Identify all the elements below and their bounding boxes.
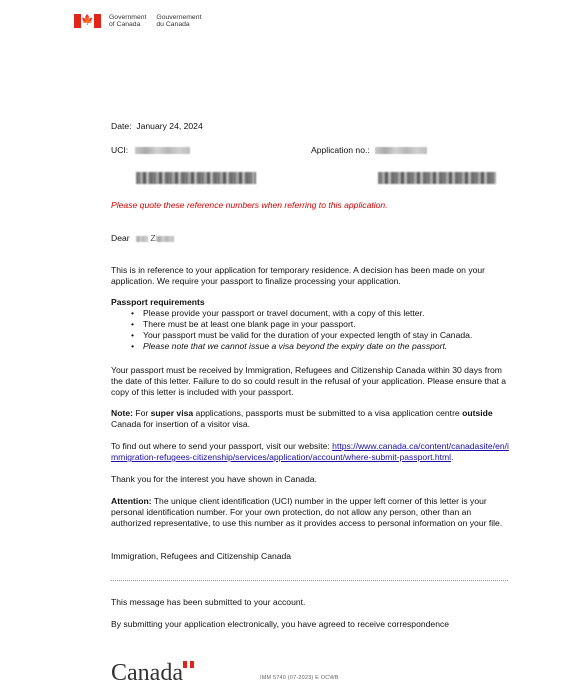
government-of-canada-header: 🍁 Government of Canada Gouvernement du C…	[74, 14, 201, 28]
canada-wordmark: Canada	[111, 661, 183, 685]
requirement-item: Your passport must be valid for the dura…	[131, 330, 511, 341]
application-number-redacted	[375, 147, 427, 154]
received-paragraph: Your passport must be received by Immigr…	[111, 365, 511, 398]
attention-paragraph: Attention: The unique client identificat…	[111, 496, 511, 529]
requirement-item: There must be at least one blank page in…	[131, 319, 511, 330]
requirements-heading: Passport requirements	[111, 297, 511, 308]
canada-flag-icon: 🍁	[74, 14, 101, 28]
requirement-item: Please note that we cannot issue a visa …	[131, 341, 511, 352]
requirement-item: Please provide your passport or travel d…	[131, 308, 511, 319]
signature: Immigration, Refugees and Citizenship Ca…	[111, 551, 511, 562]
website-paragraph: To find out where to send your passport,…	[111, 441, 511, 463]
barcode-application	[378, 172, 496, 184]
thanks-line: Thank you for the interest you have show…	[111, 474, 511, 485]
form-code: IMM 5740 (07-2023) E OCWB	[260, 673, 339, 684]
gov-name-fr: Gouvernement du Canada	[156, 14, 201, 28]
electronic-message: By submitting your application electroni…	[111, 619, 511, 630]
requirements-list: Please provide your passport or travel d…	[131, 308, 511, 352]
date-value: January 24, 2024	[136, 121, 202, 131]
divider	[111, 580, 508, 581]
note-paragraph: Note: For super visa applications, passp…	[111, 408, 511, 430]
submitted-message: This message has been submitted to your …	[111, 597, 511, 608]
uci-line: UCI:	[111, 145, 190, 156]
intro-paragraph: This is in reference to your application…	[111, 265, 511, 287]
wordmark-flag-icon	[183, 661, 194, 668]
barcode-uci	[136, 172, 256, 184]
date-line: Date: January 24, 2024	[111, 121, 203, 132]
application-line: Application no.:	[311, 145, 427, 156]
passport-requirements: Passport requirements Please provide you…	[111, 297, 511, 352]
reference-note: Please quote these reference numbers whe…	[111, 200, 388, 211]
gov-name-en: Government of Canada	[109, 14, 146, 28]
uci-redacted	[135, 147, 190, 154]
salutation: Dear Z	[111, 233, 174, 244]
